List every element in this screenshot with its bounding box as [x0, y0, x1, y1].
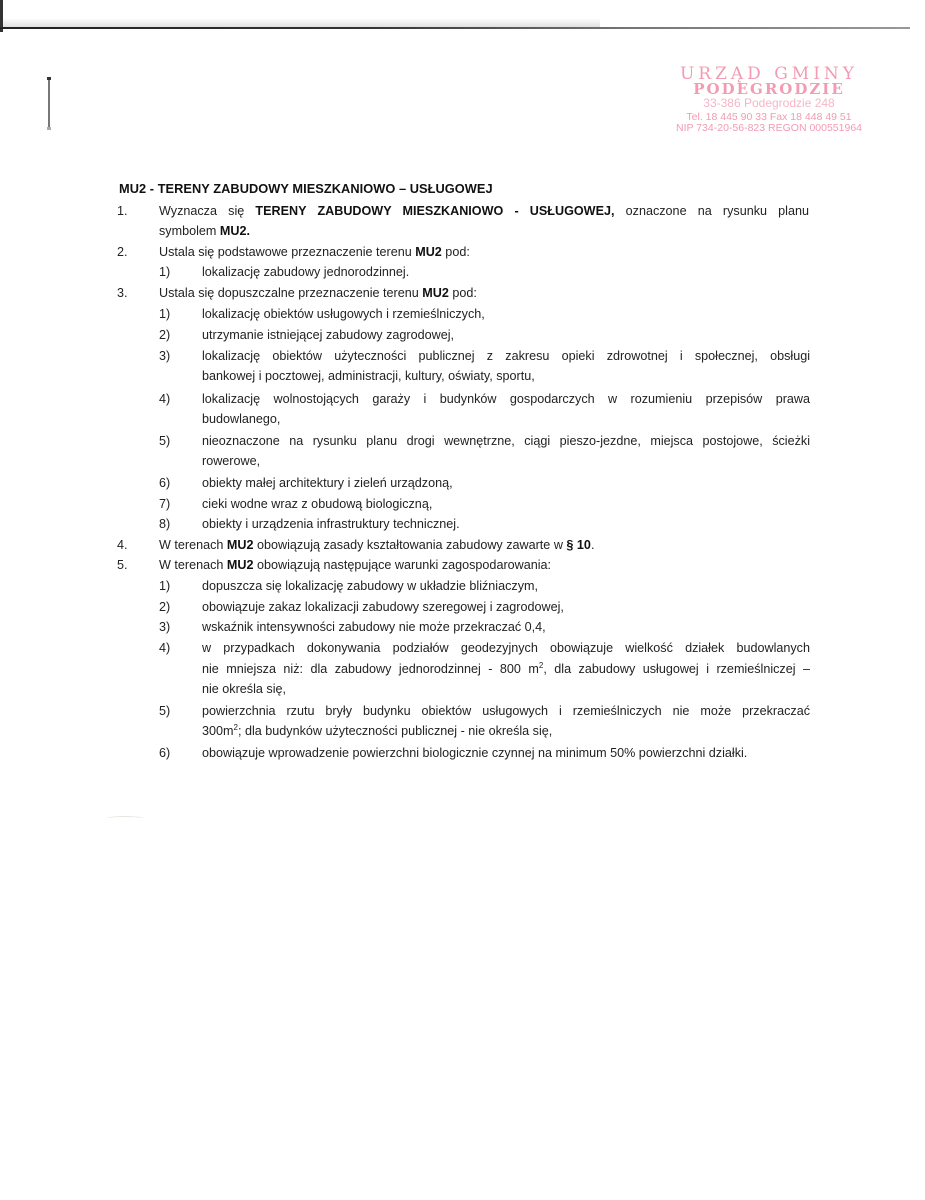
section-text: Ustala się podstawowe przeznaczenie tere… [159, 242, 470, 262]
item-text-continued: nie określa się, [202, 679, 286, 699]
item-text: obiekty i urządzenia infrastruktury tech… [202, 514, 460, 534]
item-text-continued: budowlanego, [202, 409, 280, 429]
section-number: 2. [117, 242, 128, 262]
item-number: 6) [159, 743, 170, 763]
binding-mark [48, 77, 50, 130]
item-text-continued: rowerowe, [202, 451, 260, 471]
section-text-continued: symbolem MU2. [159, 221, 250, 241]
section-title: MU2 - TERENY ZABUDOWY MIESZKANIOWO – USŁ… [119, 179, 493, 199]
item-text: nieoznaczone na rysunku planu drogi wewn… [202, 431, 810, 451]
item-number: 4) [159, 638, 170, 658]
item-number: 3) [159, 346, 170, 366]
item-number: 2) [159, 597, 170, 617]
item-number: 7) [159, 494, 170, 514]
stamp-nip-regon: NIP 734-20-56-823 REGON 000551964 [664, 123, 874, 134]
section-text: W terenach MU2 obowiązują następujące wa… [159, 555, 551, 575]
section-number: 5. [117, 555, 128, 575]
item-number: 2) [159, 325, 170, 345]
top-rule-line [0, 27, 910, 29]
section-text: Wyznacza się TERENY ZABUDOWY MIESZKANIOW… [159, 201, 809, 221]
item-text: lokalizację obiektów usługowych i rzemie… [202, 304, 485, 324]
item-number: 8) [159, 514, 170, 534]
item-number: 4) [159, 389, 170, 409]
item-text: utrzymanie istniejącej zabudowy zagrodow… [202, 325, 454, 345]
item-text: powierzchnia rzutu bryły budynku obiektó… [202, 701, 810, 721]
stamp-municipality: PODEGRODZIE [664, 82, 874, 97]
item-number: 1) [159, 576, 170, 596]
item-number: 1) [159, 304, 170, 324]
item-text-continued: nie mniejsza niż: dla zabudowy jednorodz… [202, 659, 810, 679]
item-number: 6) [159, 473, 170, 493]
item-number: 5) [159, 431, 170, 451]
item-number: 5) [159, 701, 170, 721]
item-text: lokalizację obiektów użyteczności public… [202, 346, 810, 366]
item-text: w przypadkach dokonywania podziałów geod… [202, 638, 810, 658]
section-text: W terenach MU2 obowiązują zasady kształt… [159, 535, 594, 555]
scan-artifact [106, 816, 144, 821]
section-number: 4. [117, 535, 128, 555]
scan-shadow [0, 18, 600, 27]
item-text: lokalizację zabudowy jednorodzinnej. [202, 262, 409, 282]
item-text: cieki wodne wraz z obudową biologiczną, [202, 494, 432, 514]
item-text: obowiązuje wprowadzenie powierzchni biol… [202, 743, 747, 763]
item-text: dopuszcza się lokalizację zabudowy w ukł… [202, 576, 538, 596]
item-number: 1) [159, 262, 170, 282]
office-stamp: URZĄD GMINY PODEGRODZIE 33-386 Podegrodz… [664, 66, 874, 134]
section-number: 1. [117, 201, 128, 221]
item-text: obowiązuje zakaz lokalizacji zabudowy sz… [202, 597, 564, 617]
item-text-continued: 300m2; dla budynków użyteczności publicz… [202, 721, 552, 741]
item-text: wskaźnik intensywności zabudowy nie może… [202, 617, 546, 637]
item-text-continued: bankowej i pocztowej, administracji, kul… [202, 366, 535, 386]
stamp-address: 33-386 Podegrodzie 248 [664, 97, 874, 110]
item-text: obiekty małej architektury i zieleń urzą… [202, 473, 453, 493]
item-text: lokalizację wolnostojących garaży i budy… [202, 389, 810, 409]
item-number: 3) [159, 617, 170, 637]
section-text: Ustala się dopuszczalne przeznaczenie te… [159, 283, 477, 303]
section-number: 3. [117, 283, 128, 303]
